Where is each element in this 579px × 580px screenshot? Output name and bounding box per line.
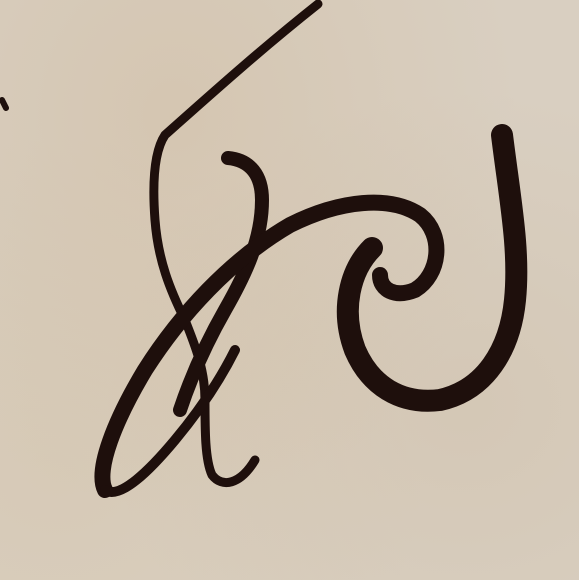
calligraphy-character xyxy=(0,0,579,580)
paper-background xyxy=(0,0,579,580)
ink-speck xyxy=(2,100,6,108)
sweep-stroke xyxy=(102,203,436,490)
